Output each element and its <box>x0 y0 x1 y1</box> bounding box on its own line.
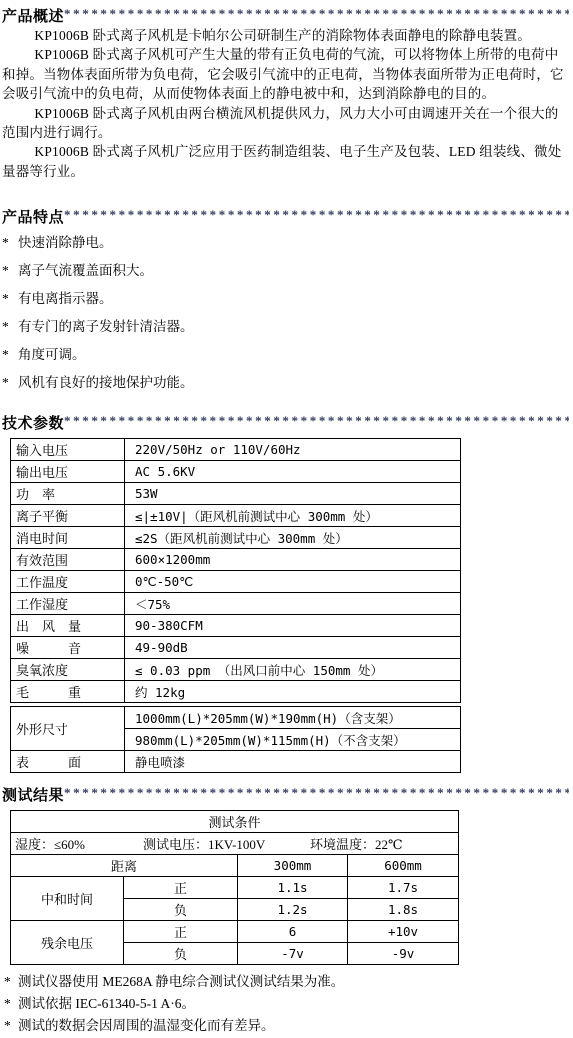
spec-row: 表 面 静电喷漆 <box>11 751 461 773</box>
spec-value: 53W <box>125 483 461 505</box>
condition-voltage: 测试电压：1KV-100V <box>143 834 310 853</box>
asterisk-bullet: * <box>2 313 18 341</box>
spec-row: 出 风 量90-380CFM <box>11 615 461 637</box>
spec-value: 静电喷漆 <box>125 751 461 773</box>
spec-value: 0℃-50℃ <box>125 571 461 593</box>
test-data-row: 中和时间 正 1.1s 1.7s <box>11 877 459 899</box>
spec-value: ≤2S（距风机前测试中心 300mm 处） <box>125 527 461 549</box>
star-separator: ****************************************… <box>64 782 569 804</box>
spec-row: 毛 重约 12kg <box>11 681 461 703</box>
spec-row: 消电时间≤2S（距风机前测试中心 300mm 处） <box>11 527 461 549</box>
spec-label: 功 率 <box>11 483 125 505</box>
distance-label: 距离 <box>11 855 238 877</box>
star-separator: ****************************************… <box>64 410 569 432</box>
spec-value: 49-90dB <box>125 637 461 659</box>
section-features-heading: 产品特点 ***********************************… <box>2 205 569 227</box>
spec-label: 有效范围 <box>11 549 125 571</box>
asterisk-bullet: * <box>2 341 18 369</box>
section-specs: 技术参数 ***********************************… <box>2 411 569 773</box>
asterisk-bullet: * <box>2 1015 18 1037</box>
test-title-row: 测试条件 <box>11 811 459 833</box>
distance-value: 600mm <box>348 855 459 877</box>
test-conditions: 湿度：≤60% 测试电压：1KV-100V 环境温度：22℃ <box>15 834 454 853</box>
star-separator: ****************************************… <box>64 3 569 25</box>
spec-label: 臭氧浓度 <box>11 659 125 681</box>
feature-text: 角度可调。 <box>18 347 86 362</box>
paragraph: KP1006B 卧式离子风机由两台横流风机提供风力，风力大小可由调速开关在一个很… <box>2 104 569 143</box>
section-results: 测试结果 ***********************************… <box>2 783 569 1037</box>
spec-value: 600×1200mm <box>125 549 461 571</box>
spec-value: ＜75% <box>125 593 461 615</box>
spec-row: 离子平衡≤|±10V|（距风机前测试中心 300mm 处） <box>11 505 461 527</box>
spec-value: 1000mm(L)*205mm(W)*190mm(H)（含支架） <box>125 707 461 729</box>
test-data-row: 残余电压 正 6 +10v <box>11 921 459 943</box>
asterisk-bullet: * <box>2 993 18 1015</box>
spec-label: 消电时间 <box>11 527 125 549</box>
value-300mm: 1.1s <box>238 877 348 899</box>
value-600mm: 1.7s <box>348 877 459 899</box>
feature-item: *离子气流覆盖面积大。 <box>2 257 569 285</box>
spec-label: 工作湿度 <box>11 593 125 615</box>
section-overview-heading: 产品概述 ***********************************… <box>2 4 569 26</box>
value-600mm: -9v <box>348 943 459 965</box>
feature-item: *角度可调。 <box>2 341 569 369</box>
feature-text: 离子气流覆盖面积大。 <box>18 263 153 278</box>
note-item: *测试的数据会因周围的温湿变化而有差异。 <box>2 1015 569 1037</box>
spec-row: 臭氧浓度≤ 0.03 ppm （出风口前中心 150mm 处） <box>11 659 461 681</box>
spec-label: 输出电压 <box>11 461 125 483</box>
note-item: *测试依据 IEC-61340-5-1 A·6。 <box>2 993 569 1015</box>
asterisk-bullet: * <box>2 229 18 257</box>
spec-label: 工作温度 <box>11 571 125 593</box>
feature-text: 有专门的离子发射针清洁器。 <box>18 319 194 334</box>
spec-label: 噪 音 <box>11 637 125 659</box>
note-text: 测试的数据会因周围的温湿变化而有差异。 <box>18 1018 275 1033</box>
value-600mm: 1.8s <box>348 899 459 921</box>
asterisk-bullet: * <box>2 369 18 397</box>
specs-title: 技术参数 <box>2 412 64 433</box>
spec-label: 毛 重 <box>11 681 125 703</box>
feature-text: 有电离指示器。 <box>18 291 113 306</box>
overview-paragraphs: KP1006B 卧式离子风机是卡帕尔公司研制生产的消除物体表面静电的除静电装置。… <box>2 26 569 181</box>
section-specs-heading: 技术参数 ***********************************… <box>2 411 569 433</box>
section-features: 产品特点 ***********************************… <box>2 205 569 397</box>
spec-value: 220V/50Hz or 110V/60Hz <box>125 439 461 461</box>
spec-value: 约 12kg <box>125 681 461 703</box>
test-distance-row: 距离 300mm 600mm <box>11 855 459 877</box>
results-title: 测试结果 <box>2 784 64 805</box>
value-600mm: +10v <box>348 921 459 943</box>
spec-value: ≤ 0.03 ppm （出风口前中心 150mm 处） <box>125 659 461 681</box>
paragraph: KP1006B 卧式离子风机广泛应用于医药制造组装、电子生产及包装、LED 组装… <box>2 142 569 181</box>
features-title: 产品特点 <box>2 206 64 227</box>
specs-dimensions-table: 外形尺寸 1000mm(L)*205mm(W)*190mm(H)（含支架） 98… <box>10 706 461 773</box>
value-300mm: 1.2s <box>238 899 348 921</box>
spec-row: 外形尺寸 1000mm(L)*205mm(W)*190mm(H)（含支架） <box>11 707 461 729</box>
spec-row: 功 率53W <box>11 483 461 505</box>
feature-item: *风机有良好的接地保护功能。 <box>2 369 569 397</box>
specs-table: 输入电压220V/50Hz or 110V/60Hz 输出电压AC 5.6KV … <box>10 438 461 703</box>
spec-value: 90-380CFM <box>125 615 461 637</box>
note-text: 测试依据 IEC-61340-5-1 A·6。 <box>18 996 195 1011</box>
spec-row: 工作湿度＜75% <box>11 593 461 615</box>
distance-value: 300mm <box>238 855 348 877</box>
feature-item: *快速消除静电。 <box>2 229 569 257</box>
spec-value: 980mm(L)*205mm(W)*115mm(H)（不含支架） <box>125 729 461 751</box>
note-text: 测试仪器使用 ME268A 静电综合测试仪测试结果为准。 <box>18 974 344 989</box>
note-item: *测试仪器使用 ME268A 静电综合测试仪测试结果为准。 <box>2 971 569 993</box>
star-separator: ****************************************… <box>64 204 569 226</box>
spec-label: 出 风 量 <box>11 615 125 637</box>
polarity-label: 负 <box>124 899 238 921</box>
polarity-label: 正 <box>124 877 238 899</box>
spec-value: ≤|±10V|（距风机前测试中心 300mm 处） <box>125 505 461 527</box>
feature-text: 风机有良好的接地保护功能。 <box>18 375 194 390</box>
polarity-label: 负 <box>124 943 238 965</box>
spec-label: 表 面 <box>11 751 125 773</box>
value-300mm: -7v <box>238 943 348 965</box>
spec-label: 输入电压 <box>11 439 125 461</box>
spec-row: 噪 音49-90dB <box>11 637 461 659</box>
spec-row: 输入电压220V/50Hz or 110V/60Hz <box>11 439 461 461</box>
feature-item: *有电离指示器。 <box>2 285 569 313</box>
test-notes: *测试仪器使用 ME268A 静电综合测试仪测试结果为准。 *测试依据 IEC-… <box>2 971 569 1037</box>
feature-text: 快速消除静电。 <box>18 235 113 250</box>
paragraph: KP1006B 卧式离子风机是卡帕尔公司研制生产的消除物体表面静电的除静电装置。 <box>2 26 569 45</box>
group-label: 中和时间 <box>11 877 124 921</box>
spec-row: 有效范围600×1200mm <box>11 549 461 571</box>
value-300mm: 6 <box>238 921 348 943</box>
condition-humidity: 湿度：≤60% <box>15 834 143 853</box>
overview-title: 产品概述 <box>2 5 64 26</box>
asterisk-bullet: * <box>2 257 18 285</box>
condition-temperature: 环境温度：22℃ <box>310 834 454 853</box>
spec-label: 外形尺寸 <box>11 707 125 751</box>
test-conditions-title: 测试条件 <box>11 811 459 833</box>
test-results-table: 测试条件 湿度：≤60% 测试电压：1KV-100V 环境温度：22℃ 距离 3… <box>10 810 459 965</box>
asterisk-bullet: * <box>2 971 18 993</box>
polarity-label: 正 <box>124 921 238 943</box>
spec-value: AC 5.6KV <box>125 461 461 483</box>
feature-item: *有专门的离子发射针清洁器。 <box>2 313 569 341</box>
features-list: *快速消除静电。 *离子气流覆盖面积大。 *有电离指示器。 *有专门的离子发射针… <box>2 229 569 397</box>
spec-row: 输出电压AC 5.6KV <box>11 461 461 483</box>
spec-row: 工作温度0℃-50℃ <box>11 571 461 593</box>
spec-label: 离子平衡 <box>11 505 125 527</box>
group-label: 残余电压 <box>11 921 124 965</box>
paragraph: KP1006B 卧式离子风机可产生大量的带有正负电荷的气流，可以将物体上所带的电… <box>2 45 569 103</box>
asterisk-bullet: * <box>2 285 18 313</box>
section-results-heading: 测试结果 ***********************************… <box>2 783 569 805</box>
test-conditions-row: 湿度：≤60% 测试电压：1KV-100V 环境温度：22℃ <box>11 833 459 855</box>
